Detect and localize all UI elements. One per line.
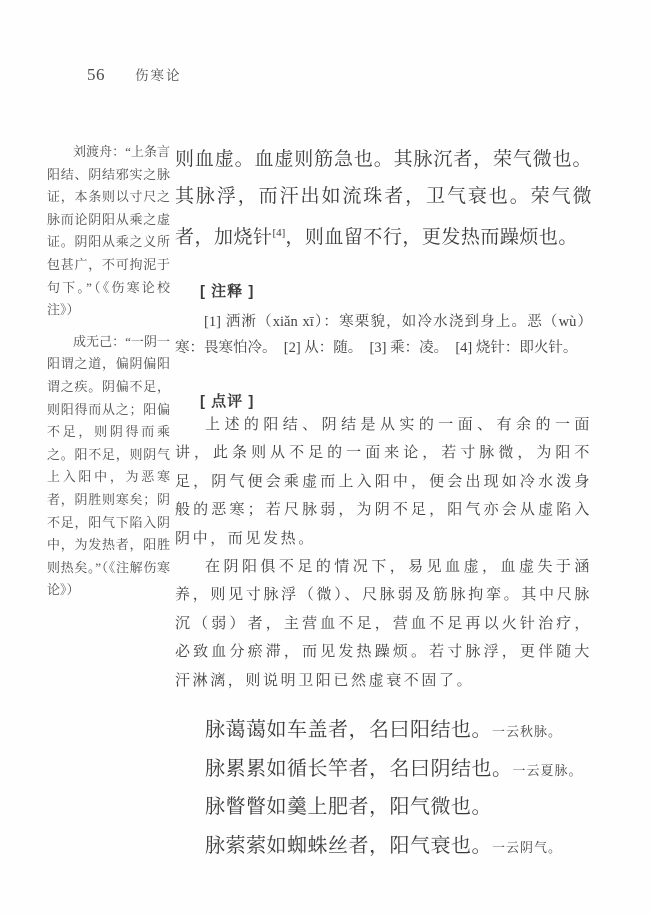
verse-text: 脉累累如循长竿者，名曰阴结也。 — [205, 758, 513, 780]
verse-variant-note: 一云夏脉。 — [513, 763, 583, 778]
verse-text: 脉萦萦如蜘蛛丝者，阳气衰也。 — [205, 835, 492, 857]
main-text-continuation: 则血虚。血虚则筋急也。其脉沉者，荣气微也。其脉浮，而汗出如流珠者，卫气衰也。荣气… — [175, 141, 592, 256]
classical-verses: 脉蔼蔼如车盖者，名曰阳结也。一云秋脉。 脉累累如循长竿者，名曰阴结也。一云夏脉。… — [175, 712, 592, 866]
margin-note-cheng-wuji: 成无己：“一阴一阳谓之道，偏阴偏阳谓之疾。阴偏不足，则阳得而从之；阳偏不足，则阴… — [47, 331, 170, 602]
annotation-section-header: [ 注释 ] — [175, 280, 592, 301]
running-head: 56 伤寒论 — [87, 64, 182, 85]
verse-text: 脉蔼蔼如车盖者，名曰阳结也。 — [205, 719, 492, 741]
commentary-paragraph-2: 在阴阳俱不足的情况下，易见血虚，血虚失于涵养，则见寸脉浮（微）、尺脉弱及筋脉拘挛… — [175, 553, 592, 695]
verse-line-yang-jie: 脉蔼蔼如车盖者，名曰阳结也。一云秋脉。 — [205, 712, 592, 751]
footnote-ref-4: [4] — [273, 227, 286, 239]
annotation-body: [1] 洒淅（xiǎn xī）：寒栗貌，如冷水浇到身上。恶（wù）寒：畏寒怕冷。… — [175, 310, 592, 361]
verse-variant-note: 一云秋脉。 — [492, 724, 562, 739]
running-head-book-title: 伤寒论 — [135, 64, 182, 84]
page-content: 刘渡舟：“上条言阳结、阴结邪实之脉证，本条则以寸尺之脉而论阴阳从乘之虚证。阴阳从… — [47, 141, 592, 866]
main-text-column: 则血虚。血虚则筋急也。其脉沉者，荣气微也。其脉浮，而汗出如流珠者，卫气衰也。荣气… — [175, 141, 592, 866]
commentary-section-header: [ 点评 ] — [175, 390, 592, 411]
main-text-segment-after-ref: ，则血留不行，更发热而躁烦也。 — [285, 227, 578, 248]
verse-line-yang-qi-shuai: 脉萦萦如蜘蛛丝者，阳气衰也。一云阴气。 — [205, 828, 592, 867]
verse-variant-note: 一云阴气。 — [492, 840, 562, 855]
margin-notes-column: 刘渡舟：“上条言阳结、阴结邪实之脉证，本条则以寸尺之脉而论阴阳从乘之虚证。阴阳从… — [47, 141, 170, 866]
commentary-paragraph-1: 上述的阳结、阴结是从实的一面、有余的一面讲，此条则从不足的一面来论，若寸脉微，为… — [175, 411, 592, 553]
book-page: 56 伤寒论 刘渡舟：“上条言阳结、阴结邪实之脉证，本条则以寸尺之脉而论阴阳从乘… — [0, 0, 650, 917]
verse-line-yin-jie: 脉累累如循长竿者，名曰阴结也。一云夏脉。 — [205, 751, 592, 790]
margin-note-liu-duzhou: 刘渡舟：“上条言阳结、阴结邪实之脉证，本条则以寸尺之脉而论阴阳从乘之虚证。阴阳从… — [47, 141, 170, 322]
page-number: 56 — [87, 65, 105, 85]
verse-line-yang-qi-wei: 脉瞥瞥如羹上肥者，阳气微也。 — [205, 789, 592, 828]
verse-text: 脉瞥瞥如羹上肥者，阳气微也。 — [205, 796, 492, 818]
